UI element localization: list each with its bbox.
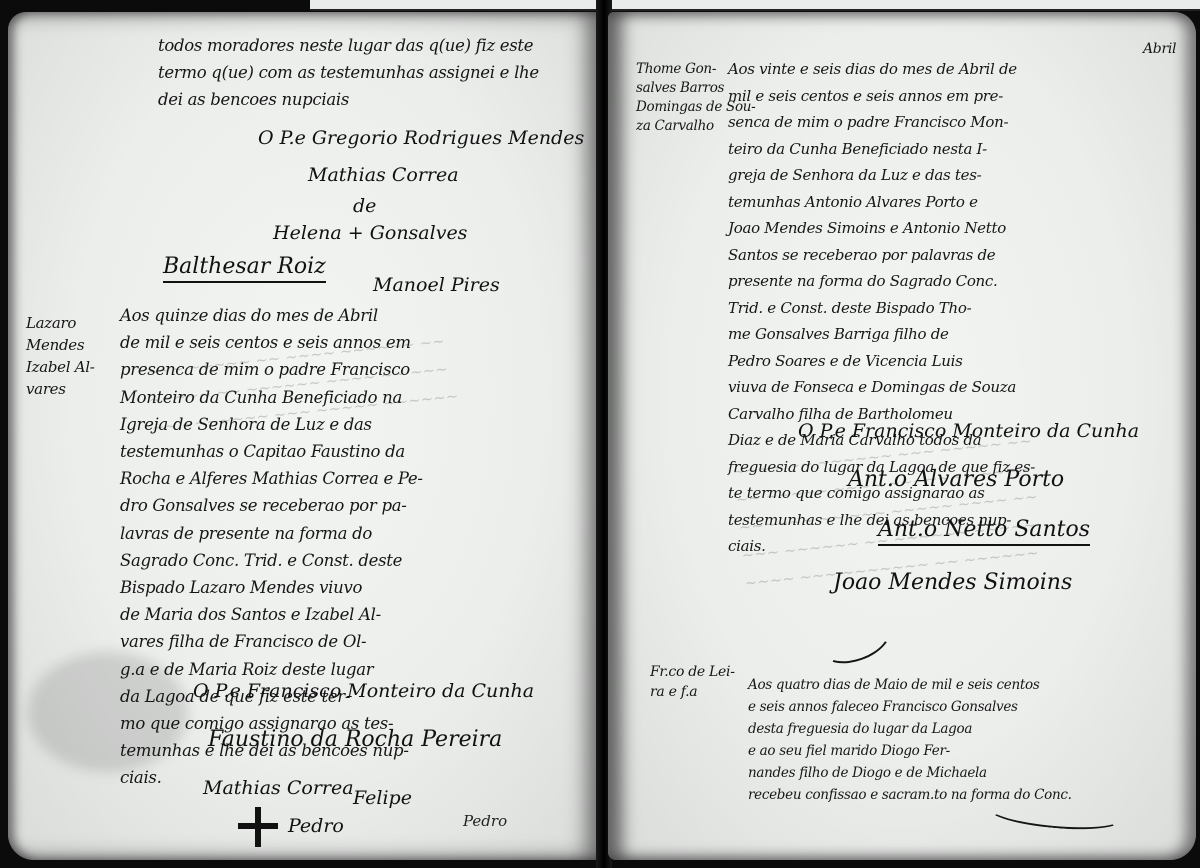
text-line: todos moradores neste lugar das q(ue) fi… [158, 32, 539, 59]
text-line: Aos quatro dias de Maio de mil e seis ce… [748, 674, 1072, 696]
signature-witness: Manoel Pires [373, 274, 500, 296]
signature-witness: Ant.o Netto Santos [878, 517, 1090, 546]
signature-witness: Mathias Correa [308, 164, 459, 186]
text-line: presente na forma do Sagrado Conc. [728, 268, 1035, 295]
marriage-entry-text: Aos quinze dias do mes de Abril de mil e… [120, 302, 423, 792]
top-continuation-text: todos moradores neste lugar das q(ue) fi… [158, 32, 539, 114]
signature-mark-label: de [353, 195, 376, 217]
text-line: viuva de Fonseca e Domingas de Souza [728, 374, 1035, 401]
signature-witness: Balthesar Roiz [163, 254, 326, 283]
signature-with-mark: Helena + Gonsalves [273, 222, 467, 244]
text-line: Santos se receberao por palavras de [728, 242, 1035, 269]
signature-witness: Ant.o Alvares Porto [848, 467, 1064, 492]
text-line: ra e f.a [650, 682, 735, 702]
text-line: termo q(ue) com as testemunhas assignei … [158, 59, 539, 86]
signature-priest: O P.e Gregorio Rodrigues Mendes [258, 127, 584, 149]
text-line: presenca de mim o padre Francisco [120, 356, 423, 383]
text-line: Trid. e Const. deste Bispado Tho- [728, 295, 1035, 322]
text-line: senca de mim o padre Francisco Mon- [728, 109, 1035, 136]
catchword: Pedro [463, 812, 507, 830]
text-line: de mil e seis centos e seis annos em [120, 329, 423, 356]
text-line: mil e seis centos e seis annos em pre- [728, 83, 1035, 110]
scanner-top-strip [310, 0, 1200, 11]
flourish-icon [813, 606, 898, 673]
signature-priest: O P.e Francisco Monteiro da Cunha [193, 680, 534, 702]
text-line: e ao seu fiel marido Diogo Fer- [748, 740, 1072, 762]
text-line: lavras de presente na forma do [120, 520, 423, 547]
text-line: Aos quinze dias do mes de Abril [120, 302, 423, 329]
text-line: dro Gonsalves se receberao por pa- [120, 492, 423, 519]
text-line: dei as bencoes nupciais [158, 86, 539, 113]
signature-witness: Pedro [288, 815, 344, 837]
signature-witness: Faustino da Rocha Pereira [208, 727, 502, 752]
text-line: greja de Senhora da Luz e das tes- [728, 162, 1035, 189]
text-line: Fr.co de Lei- [650, 662, 735, 682]
text-line: Mendes [26, 334, 95, 356]
margin-note-names: Fr.co de Lei- ra e f.a [650, 662, 735, 702]
text-line: Izabel Al- [26, 356, 95, 378]
text-line: Rocha e Alferes Mathias Correa e Pe- [120, 465, 423, 492]
text-line: Monteiro da Cunha Beneficiado na [120, 384, 423, 411]
text-line: Joao Mendes Simoins e Antonio Netto [728, 215, 1035, 242]
signature-priest: O P.e Francisco Monteiro da Cunha [798, 420, 1139, 442]
text-line: nandes filho de Diogo e de Michaela [748, 762, 1072, 784]
text-line: e seis annos faleceo Francisco Gonsalves [748, 696, 1072, 718]
death-entry-text: Aos quatro dias de Maio de mil e seis ce… [748, 674, 1072, 806]
text-line: Lazaro [26, 312, 95, 334]
signature-witness: Joao Mendes Simoins [833, 570, 1072, 595]
signature-witness: Felipe [353, 787, 412, 809]
text-line: temunhas Antonio Alvares Porto e [728, 189, 1035, 216]
flourish-icon [987, 794, 1123, 834]
folio-note: Abril [1143, 38, 1176, 60]
text-line: vares [26, 378, 95, 400]
text-line: testemunhas o Capitao Faustino da [120, 438, 423, 465]
text-line: Aos vinte e seis dias do mes de Abril de [728, 56, 1035, 83]
text-line: Igreja de Senhora de Luz e das [120, 411, 423, 438]
right-page: ~~~~ ~~ ~~~~~~ ~~~ ~~~~~ ~~ ~~ ~~~~~ ~~~… [608, 12, 1196, 860]
left-page: ~~~ ~~~~~ ~~ ~~~~ ~~~~~~ ~~ ~~~~~ ~~ ~~~… [8, 12, 606, 860]
text-line: de Maria dos Santos e Izabel Al- [120, 601, 423, 628]
text-line: me Gonsalves Barriga filho de [728, 321, 1035, 348]
text-line: Sagrado Conc. Trid. e Const. deste [120, 547, 423, 574]
text-line: desta freguesia do lugar da Lagoa [748, 718, 1072, 740]
text-line: Bispado Lazaro Mendes viuvo [120, 574, 423, 601]
text-line: Pedro Soares e de Vicencia Luis [728, 348, 1035, 375]
text-line: vares filha de Francisco de Ol- [120, 628, 423, 655]
cross-mark-icon [238, 807, 278, 847]
text-line: teiro da Cunha Beneficiado nesta I- [728, 136, 1035, 163]
text-line: g.a e de Maria Roiz deste lugar [120, 656, 423, 683]
margin-note-names: Lazaro Mendes Izabel Al- vares [26, 312, 95, 400]
signature-witness: Mathias Correa [203, 777, 354, 799]
